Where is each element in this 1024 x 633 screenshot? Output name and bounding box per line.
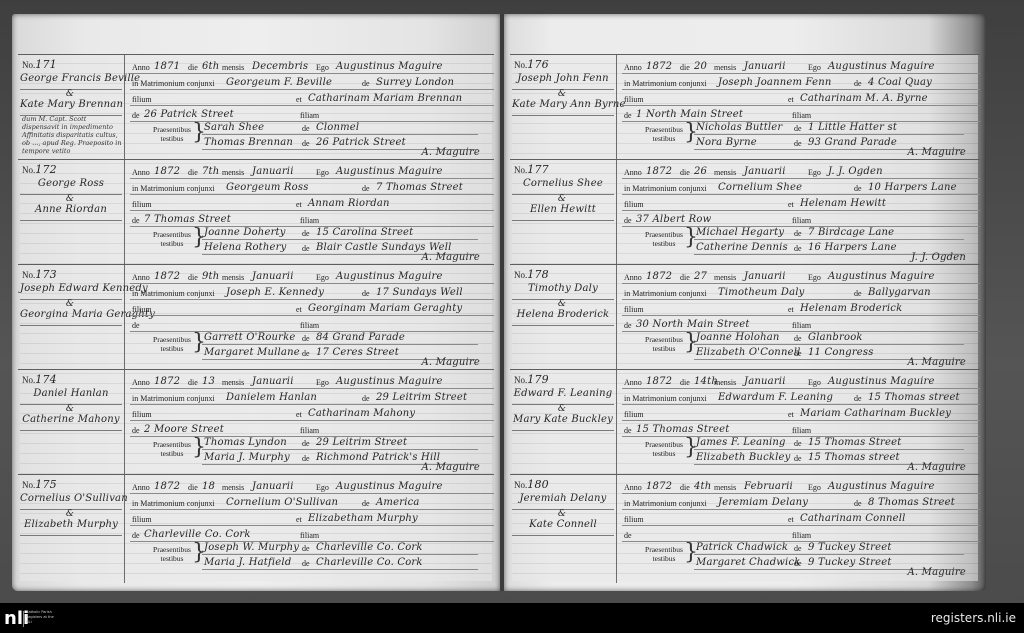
filium-row: filium et Elizabetham Murphy [130,511,494,526]
filium-row: filium et Helenam Hewitt [622,196,980,211]
entry-margin: No.171 George Francis Beville & Kate Mar… [18,55,122,159]
entry-margin: No.174 Daniel Hanlan & Catherine Mahony [18,370,122,474]
priest-signature: A. Maguire [907,462,966,473]
witnesses-label: Praesentibus testibus [640,545,688,563]
bride-name: Elizabeth Murphy [20,519,122,536]
witnesses-label: Praesentibus testibus [148,125,196,143]
groom-name: George Ross [20,178,122,195]
groom-row: in Matrimonium conjunxi Edwardum F. Lean… [622,390,980,405]
date-row: Anno 1872 die 9th mensis Januarii Ego Au… [130,269,494,284]
witness-row: James F. Leaning de 15 Thomas Street [694,436,964,450]
bride-name: Kate Connell [512,519,614,536]
register-entry: No.175 Cornelius O'Sullivan & Elizabeth … [18,474,494,579]
groom-name: Joseph Edward Kennedy [20,283,122,300]
ampersand: & [18,89,122,99]
witnesses-label: Praesentibus testibus [148,545,196,563]
filium-row: filium et Annam Riordan [130,196,494,211]
site-link[interactable]: registers.nli.ie [931,611,1016,625]
filium-row: filium et Catharinam Mahony [130,406,494,421]
witnesses-label: Praesentibus testibus [148,230,196,248]
filium-row: filium et Mariam Catharinam Buckley [622,406,980,421]
filium-row: filium et Georginam Mariam Geraghty [130,301,494,316]
groom-name: Joseph John Fenn [512,73,614,90]
ampersand: & [510,509,614,519]
bride-row: de 7 Thomas Street filiam [130,212,494,227]
witness-row: Sarah Shee de Clonmel [202,121,478,135]
bride-name: Anne Riordan [20,204,122,221]
ampersand: & [18,404,122,414]
groom-name: George Francis Beville [20,73,122,90]
entry-number: No.173 [22,268,57,281]
date-row: Anno 1871 die 6th mensis Decembris Ego A… [130,59,494,74]
filium-row: filium et Catharinam Mariam Brennan [130,91,494,106]
register-entry: No.172 George Ross & Anne Riordan Anno 1… [18,159,494,264]
entry-body: Anno 1872 die 26 mensis Januarii Ego J. … [622,160,980,264]
entry-body: Anno 1872 die 20 mensis Januarii Ego Aug… [622,55,980,159]
groom-row: in Matrimonium conjunxi Cornelium Shee d… [622,180,980,195]
entry-body: Anno 1871 die 6th mensis Decembris Ego A… [130,55,494,159]
entry-margin: No.172 George Ross & Anne Riordan [18,160,122,264]
entry-number: No.177 [514,163,549,176]
date-row: Anno 1872 die 4th mensis Februarii Ego A… [622,479,980,494]
date-row: Anno 1872 die 13 mensis Januarii Ego Aug… [130,374,494,389]
groom-row: in Matrimonium conjunxi Georgeum Ross de… [130,180,494,195]
entry-margin: No.179 Edward F. Leaning & Mary Kate Buc… [510,370,614,474]
groom-row: in Matrimonium conjunxi Joseph E. Kenned… [130,285,494,300]
entry-margin: No.176 Joseph John Fenn & Kate Mary Ann … [510,55,614,159]
bride-row: de Charleville Co. Cork filiam [130,527,494,542]
bride-row: de 2 Moore Street filiam [130,422,494,437]
register-entry: No.171 George Francis Beville & Kate Mar… [18,54,494,159]
entry-margin: No.177 Cornelius Shee & Ellen Hewitt [510,160,614,264]
entry-body: Anno 1872 die 7th mensis Januarii Ego Au… [130,160,494,264]
witness-row: Nicholas Buttler de 1 Little Hatter st [694,121,964,135]
priest-signature: A. Maguire [907,147,966,158]
witness-row: Thomas Lyndon de 29 Leitrim Street [202,436,478,450]
witnesses-label: Praesentibus testibus [640,230,688,248]
bride-name: Ellen Hewitt [512,204,614,221]
entry-body: Anno 1872 die 9th mensis Januarii Ego Au… [130,265,494,369]
witnesses-label: Praesentibus testibus [640,125,688,143]
register-page-left: No.171 George Francis Beville & Kate Mar… [12,14,500,591]
logo-subtitle: Catholic Parish Registers at the NLI [26,610,56,625]
priest-signature: A. Maguire [421,252,480,263]
groom-row: in Matrimonium conjunxi Danielem Hanlan … [130,390,494,405]
bride-name: Kate Mary Ann Byrne [512,99,614,116]
dispensation-note: dum M. Capt. Scott dispensavit in impedi… [22,115,122,155]
entry-number: No.180 [514,478,549,491]
date-row: Anno 1872 die 20 mensis Januarii Ego Aug… [622,59,980,74]
groom-row: in Matrimonium conjunxi Joseph Joannem F… [622,75,980,90]
priest-signature: A. Maguire [421,357,480,368]
groom-name: Edward F. Leaning [512,388,614,405]
bride-row: de 15 Thomas Street filiam [622,422,980,437]
entry-margin: No.178 Timothy Daly & Helena Broderick [510,265,614,369]
priest-signature: J. J. Ogden [911,252,966,263]
entry-margin: No.180 Jeremiah Delany & Kate Connell [510,475,614,579]
register-entry: No.179 Edward F. Leaning & Mary Kate Buc… [510,369,980,474]
groom-row: in Matrimonium conjunxi Timotheum Daly d… [622,285,980,300]
witness-row: Joseph W. Murphy de Charleville Co. Cork [202,541,478,555]
ampersand: & [18,194,122,204]
witness-row: Joanne Holohan de Glanbrook [694,331,964,345]
witnesses-label: Praesentibus testibus [640,335,688,353]
witness-row: Patrick Chadwick de 9 Tuckey Street [694,541,964,555]
bride-name: Kate Mary Brennan [20,99,122,116]
bride-row: de 26 Patrick Street filiam [130,107,494,122]
groom-row: in Matrimonium conjunxi Cornelium O'Sull… [130,495,494,510]
date-row: Anno 1872 die 26 mensis Januarii Ego J. … [622,164,980,179]
image-viewer[interactable]: No.171 George Francis Beville & Kate Mar… [0,0,1024,603]
groom-name: Daniel Hanlan [20,388,122,405]
filium-row: filium et Catharinam Connell [622,511,980,526]
witness-row: Garrett O'Rourke de 84 Grand Parade [202,331,478,345]
groom-row: in Matrimonium conjunxi Jeremiam Delany … [622,495,980,510]
bride-name: Helena Broderick [512,309,614,326]
entry-number: No.172 [22,163,57,176]
entry-number: No.178 [514,268,549,281]
ampersand: & [510,194,614,204]
register-entry: No.178 Timothy Daly & Helena Broderick A… [510,264,980,369]
entry-number: No.179 [514,373,549,386]
witness-row: Maria J. Hatfield de Charleville Co. Cor… [202,556,478,570]
entry-number: No.171 [22,58,57,71]
bride-name: Georgina Maria Geraghty [20,309,122,326]
priest-signature: A. Maguire [421,147,480,158]
bride-row: de 1 North Main Street filiam [622,107,980,122]
witness-row: Michael Hegarty de 7 Birdcage Lane [694,226,964,240]
date-row: Anno 1872 die 7th mensis Januarii Ego Au… [130,164,494,179]
register-entry: No.177 Cornelius Shee & Ellen Hewitt Ann… [510,159,980,264]
register-entry: No.180 Jeremiah Delany & Kate Connell An… [510,474,980,579]
bride-row: de 30 North Main Street filiam [622,317,980,332]
priest-signature: A. Maguire [907,567,966,578]
entry-number: No.176 [514,58,549,71]
bride-row: de filiam [622,527,980,542]
bride-name: Catherine Mahony [20,414,122,431]
priest-signature: A. Maguire [907,357,966,368]
bride-name: Mary Kate Buckley [512,414,614,431]
filium-row: filium et Catharinam M. A. Byrne [622,91,980,106]
entry-margin: No.173 Joseph Edward Kennedy & Georgina … [18,265,122,369]
priest-signature: A. Maguire [421,462,480,473]
witnesses-label: Praesentibus testibus [148,440,196,458]
entry-body: Anno 1872 die 13 mensis Januarii Ego Aug… [130,370,494,474]
entry-body: Anno 1872 die 27 mensis Januarii Ego Aug… [622,265,980,369]
ampersand: & [18,299,122,309]
register-entry: No.176 Joseph John Fenn & Kate Mary Ann … [510,54,980,159]
witness-row: Joanne Doherty de 15 Carolina Street [202,226,478,240]
filium-row: filium et Helenam Broderick [622,301,980,316]
ampersand: & [18,509,122,519]
ampersand: & [510,299,614,309]
witnesses-label: Praesentibus testibus [148,335,196,353]
entry-number: No.175 [22,478,57,491]
groom-name: Timothy Daly [512,283,614,300]
entry-body: Anno 1872 die 4th mensis Februarii Ego A… [622,475,980,579]
ampersand: & [510,89,614,99]
date-row: Anno 1872 die 27 mensis Januarii Ego Aug… [622,269,980,284]
entry-body: Anno 1872 die 18 mensis Januarii Ego Aug… [130,475,494,579]
groom-row: in Matrimonium conjunxi Georgeum F. Bevi… [130,75,494,90]
ampersand: & [510,404,614,414]
groom-name: Cornelius Shee [512,178,614,195]
register-page-right: No.176 Joseph John Fenn & Kate Mary Ann … [504,14,986,591]
bride-row: de 37 Albert Row filiam [622,212,980,227]
register-entry: No.173 Joseph Edward Kennedy & Georgina … [18,264,494,369]
date-row: Anno 1872 die 18 mensis Januarii Ego Aug… [130,479,494,494]
register-entry: No.174 Daniel Hanlan & Catherine Mahony … [18,369,494,474]
footer-bar: nli Catholic Parish Registers at the NLI… [0,603,1024,633]
groom-name: Jeremiah Delany [512,493,614,510]
entry-number: No.174 [22,373,57,386]
entry-margin: No.175 Cornelius O'Sullivan & Elizabeth … [18,475,122,579]
witnesses-label: Praesentibus testibus [640,440,688,458]
groom-name: Cornelius O'Sullivan [20,493,122,510]
entry-body: Anno 1872 die 14th mensis Januarii Ego A… [622,370,980,474]
date-row: Anno 1872 die 14th mensis Januarii Ego A… [622,374,980,389]
bride-row: de filiam [130,317,494,332]
logo-divider [23,611,24,627]
